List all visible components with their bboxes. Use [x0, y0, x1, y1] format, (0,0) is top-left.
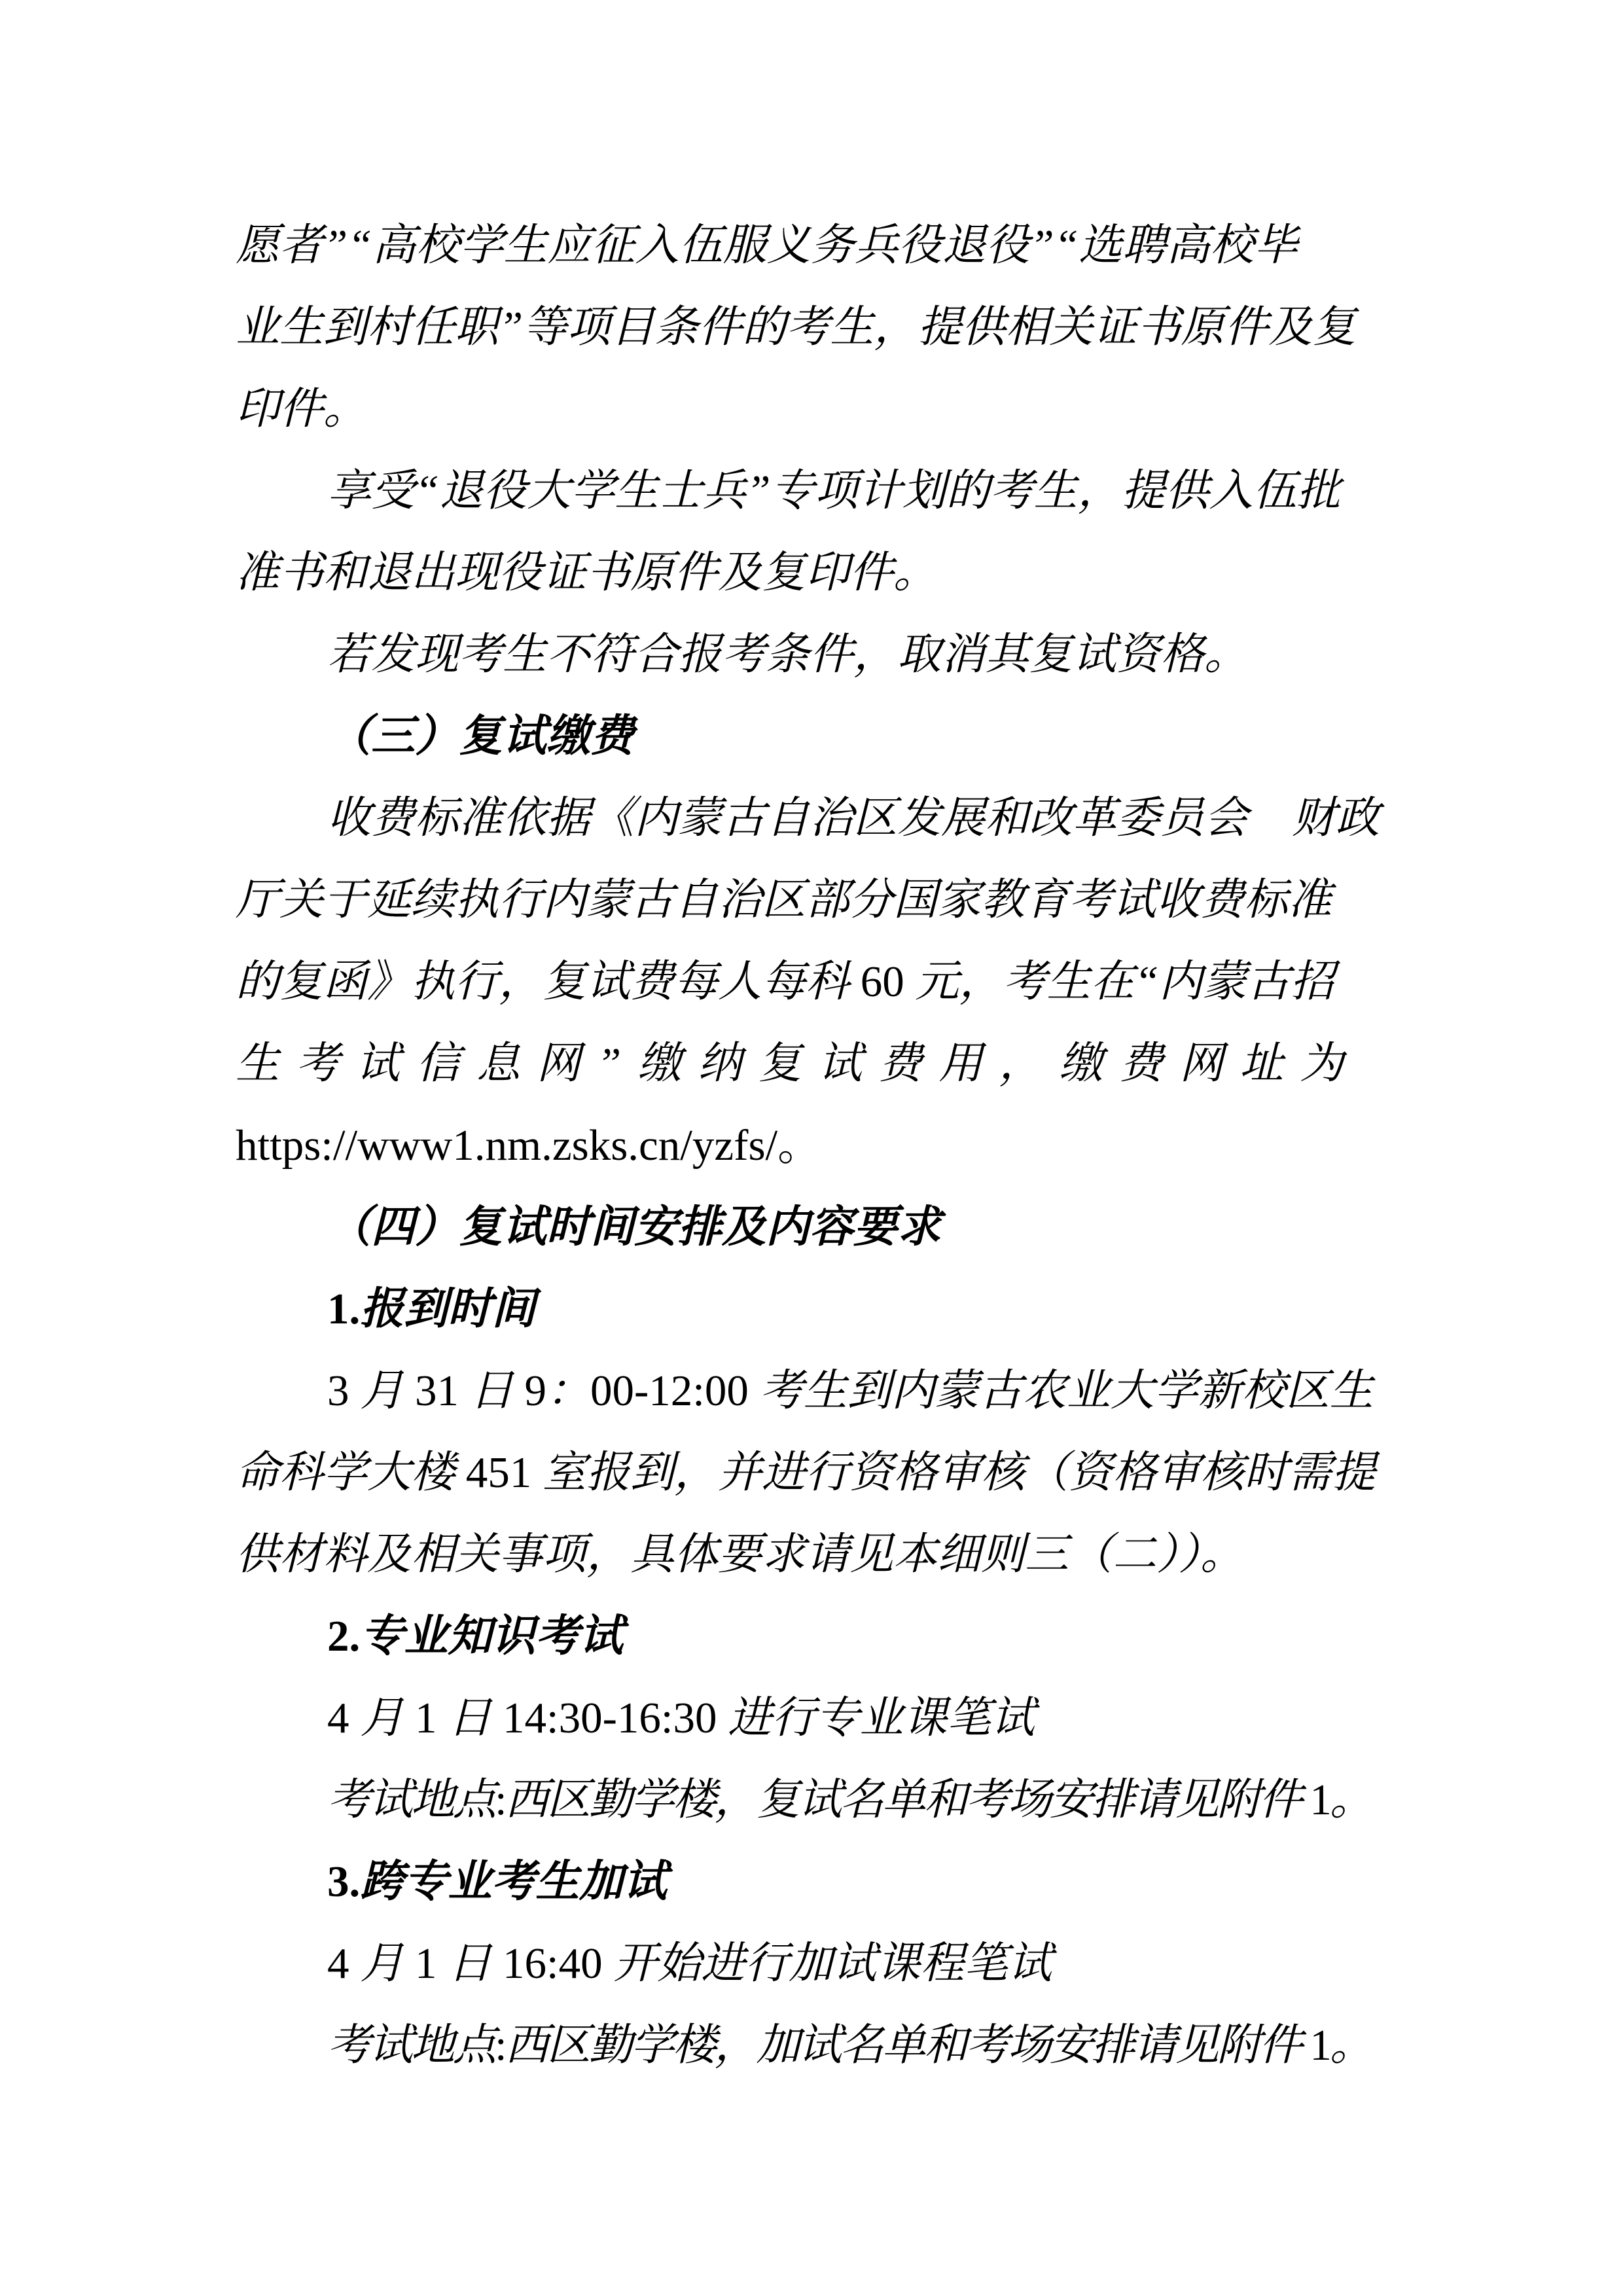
- text-line-14: 1.报到时间: [236, 1268, 1380, 1350]
- latin-text: 3.: [327, 1857, 360, 1906]
- text-line-22: 4 月 1 日 16:40 开始进行加试课程笔试: [236, 1923, 1380, 2005]
- text-line-20: 考试地点:西区勤学楼，复试名单和考场安排请见附件 1。: [236, 1759, 1380, 1841]
- document-body: 愿者”“高校学生应征入伍服义务兵役退役”“选聘高校毕业生到村任职”等项目条件的考…: [236, 205, 1380, 2087]
- latin-text: 60: [861, 958, 904, 1006]
- text-line-16: 命科学大楼 451 室报到，并进行资格审核（资格审核时需提: [236, 1432, 1380, 1514]
- latin-text: 4: [327, 1939, 349, 1988]
- text-line-4: 享受“退役大学生士兵”专项计划的考生，提供入伍批: [236, 450, 1380, 532]
- text-line-7: （三）复试缴费: [236, 696, 1380, 778]
- text-line-10: 的复函》执行，复试费每人每科 60 元，考生在“内蒙古招: [236, 941, 1380, 1023]
- latin-text: 1: [415, 1939, 437, 1988]
- latin-text: 4: [327, 1694, 349, 1742]
- text-line-15: 3 月 31 日 9：00-12:00 考生到内蒙古农业大学新校区生: [236, 1350, 1380, 1432]
- latin-text: 1: [1310, 1776, 1330, 1824]
- latin-text: :: [495, 1776, 505, 1824]
- latin-text: 2.: [327, 1612, 360, 1660]
- latin-text: 1: [415, 1694, 437, 1742]
- document-page: 愿者”“高校学生应征入伍服义务兵役退役”“选聘高校毕业生到村任职”等项目条件的考…: [0, 0, 1623, 2296]
- latin-text: 9: [525, 1367, 547, 1415]
- text-line-11: 生考试信息网”缴纳复试费用，缴费网址为: [236, 1023, 1380, 1105]
- latin-text: 451: [466, 1448, 532, 1497]
- text-line-1: 愿者”“高校学生应征入伍服义务兵役退役”“选聘高校毕: [236, 205, 1380, 287]
- latin-text: 1: [1310, 2021, 1330, 2070]
- text-line-23: 考试地点:西区勤学楼，加试名单和考场安排请见附件 1。: [236, 2005, 1380, 2087]
- text-line-5: 准书和退出现役证书原件及复印件。: [236, 532, 1380, 614]
- text-line-18: 2.专业知识考试: [236, 1596, 1380, 1677]
- payment-url-text: https://www1.nm.zsks.cn/yzfs/。: [236, 1105, 1380, 1187]
- text-line-19: 4 月 1 日 14:30-16:30 进行专业课笔试: [236, 1677, 1380, 1759]
- latin-text: 3: [327, 1367, 349, 1415]
- text-line-9: 厅关于延续执行内蒙古自治区部分国家教育考试收费标准: [236, 859, 1380, 941]
- latin-text: https://www1.nm.zsks.cn/yzfs/: [236, 1121, 777, 1170]
- text-line-13: （四）复试时间安排及内容要求: [236, 1187, 1380, 1268]
- text-line-2: 业生到村任职”等项目条件的考生，提供相关证书原件及复: [236, 287, 1380, 368]
- latin-text: 31: [415, 1367, 459, 1415]
- text-line-17: 供材料及相关事项，具体要求请见本细则三（二））。: [236, 1514, 1380, 1596]
- text-line-8: 收费标准依据《内蒙古自治区发展和改革委员会 财政: [236, 778, 1380, 859]
- latin-text: 14:30-16:30: [503, 1694, 717, 1742]
- text-line-3: 印件。: [236, 368, 1380, 450]
- text-line-6: 若发现考生不符合报考条件，取消其复试资格。: [236, 614, 1380, 696]
- latin-text: 00-12:00: [590, 1367, 749, 1415]
- latin-text: 16:40: [503, 1939, 603, 1988]
- latin-text: :: [495, 2021, 505, 2070]
- text-line-21: 3.跨专业考生加试: [236, 1841, 1380, 1923]
- latin-text: 1.: [327, 1285, 360, 1333]
